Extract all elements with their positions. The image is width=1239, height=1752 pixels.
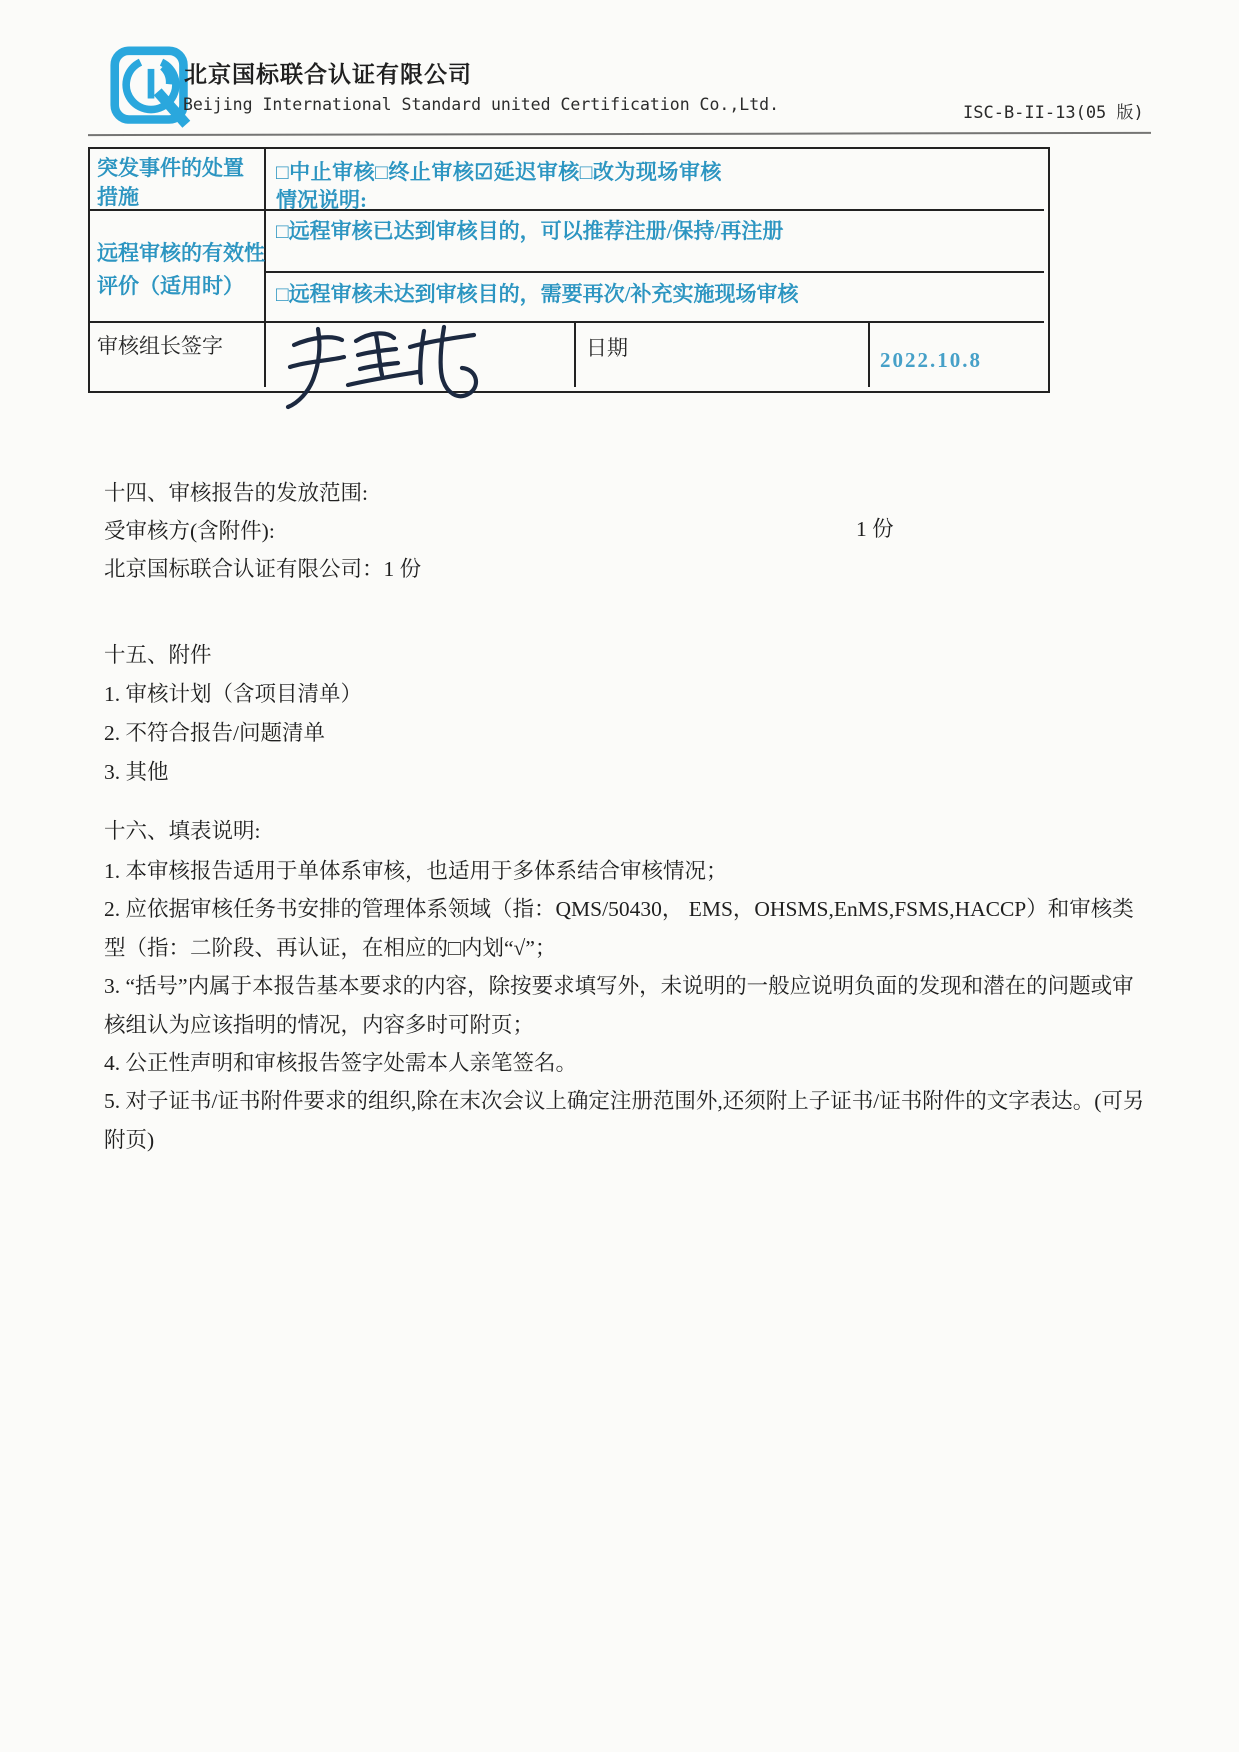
form-code: ISC-B-II-13(05 版) bbox=[963, 98, 1144, 123]
emergency-measures-label: 突发事件的处置措施 bbox=[97, 154, 263, 212]
table-line bbox=[574, 323, 576, 387]
scanned-document-page: 北京国标联合认证有限公司 Beijing International Stand… bbox=[0, 0, 1239, 1752]
signature-handwriting bbox=[278, 317, 488, 417]
instruction-item: 4. 公正性声明和审核报告签字处需本人亲笔签名。 bbox=[104, 1044, 1150, 1082]
section14-copies-value: 1 份 bbox=[856, 512, 894, 543]
instruction-item: 2. 应依据审核任务书安排的管理体系领域（指：QMS/50430， EMS，OH… bbox=[104, 890, 1150, 967]
filling-instructions: 1. 本审核报告适用于单体系审核，也适用于多体系结合审核情况； 2. 应依据审核… bbox=[104, 852, 1150, 1159]
company-logo-icon bbox=[108, 46, 194, 130]
table-line bbox=[266, 271, 1044, 273]
section15-title: 十五、附件 bbox=[104, 638, 212, 669]
table-line bbox=[868, 323, 870, 387]
section14-cb-line: 北京国标联合认证有限公司：1 份 bbox=[104, 552, 421, 583]
emergency-checkbox-line: □中止审核□终止审核☑延迟审核□改为现场审核 bbox=[276, 156, 722, 186]
remote-achieved-checkbox-line: □远程审核已达到审核目的，可以推荐注册/保持/再注册 bbox=[276, 215, 783, 245]
situation-note-label: 情况说明: bbox=[276, 184, 367, 214]
remote-not-achieved-checkbox-line: □远程审核未达到审核目的，需要再次/补充实施现场审核 bbox=[276, 278, 799, 308]
section14-auditee-line: 受审核方(含附件): bbox=[104, 514, 275, 545]
instruction-item: 1. 本审核报告适用于单体系审核，也适用于多体系结合审核情况； bbox=[104, 852, 1150, 890]
scan-line-artifact bbox=[88, 132, 1151, 136]
remote-effectiveness-label: 远程审核的有效性评价（适用时） bbox=[97, 237, 265, 303]
table-line bbox=[90, 321, 1044, 323]
company-name-cn: 北京国标联合认证有限公司 bbox=[184, 56, 472, 89]
section14-title: 十四、审核报告的发放范围: bbox=[104, 476, 368, 507]
team-leader-signature-label: 审核组长签字 bbox=[97, 330, 223, 360]
audit-summary-table: 突发事件的处置措施 □中止审核□终止审核☑延迟审核□改为现场审核 情况说明: 远… bbox=[88, 147, 1050, 393]
date-value: 2022.10.8 bbox=[880, 348, 982, 373]
instruction-item: 3. “括号”内属于本报告基本要求的内容，除按要求填写外，未说明的一般应说明负面… bbox=[104, 967, 1150, 1044]
attachment-item: 1. 审核计划（含项目清单） bbox=[104, 677, 362, 708]
section16-title: 十六、填表说明: bbox=[104, 814, 260, 845]
attachment-item: 3. 其他 bbox=[104, 755, 169, 786]
date-label: 日期 bbox=[586, 332, 628, 362]
company-name-en: Beijing International Standard united Ce… bbox=[183, 95, 779, 114]
attachment-item: 2. 不符合报告/问题清单 bbox=[104, 716, 325, 747]
instruction-item: 5. 对子证书/证书附件要求的组织,除在末次会议上确定注册范围外,还须附上子证书… bbox=[104, 1082, 1150, 1159]
